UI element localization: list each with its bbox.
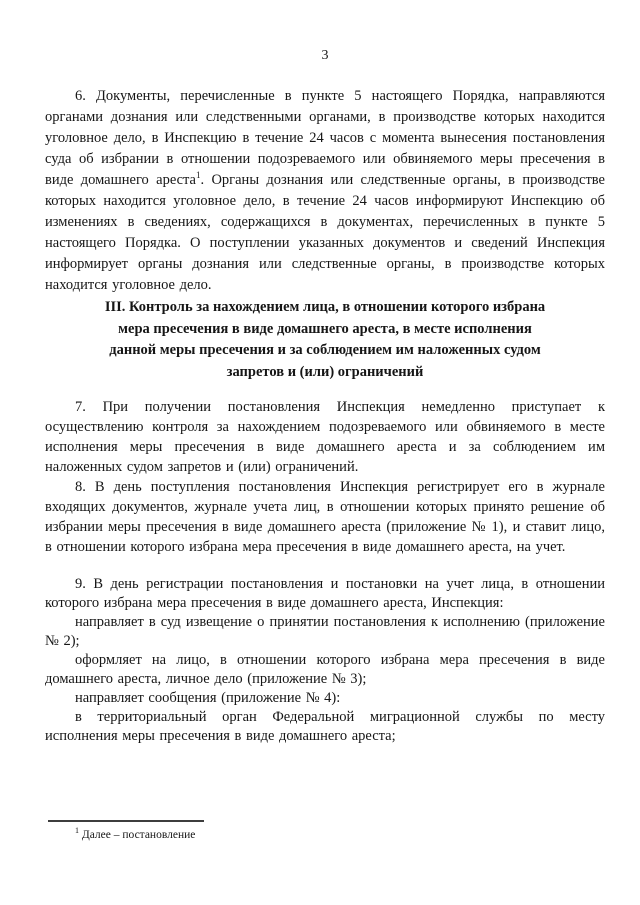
section-heading-line-1: III. Контроль за нахождением лица, в отн…	[45, 297, 605, 319]
paragraph-9-item-4: в территориальный орган Федеральной мигр…	[45, 708, 605, 746]
paragraph-8: 8. В день поступления постановления Инсп…	[45, 477, 605, 557]
paragraph-6: 6. Документы, перечисленные в пункте 5 н…	[45, 86, 605, 296]
document-page: 3 6. Документы, перечисленные в пункте 5…	[0, 0, 640, 905]
paragraph-6-text-after-ref: . Органы дознания или следственные орган…	[45, 172, 605, 293]
paragraph-9: 9. В день регистрации постановления и по…	[45, 575, 605, 613]
paragraph-7: 7. При получении постановления Инспекция…	[45, 397, 605, 477]
footnote: 1 Далее – постановление	[45, 828, 605, 843]
footnote-divider	[48, 820, 204, 822]
footnote-marker: 1	[75, 826, 79, 835]
section-heading-3: III. Контроль за нахождением лица, в отн…	[45, 297, 605, 383]
paragraph-9-item-2: оформляет на лицо, в отношении которого …	[45, 651, 605, 689]
section-heading-line-4: запретов и (или) ограничений	[45, 362, 605, 384]
section-heading-line-3: данной меры пресечения и за соблюдением …	[45, 340, 605, 362]
footnote-text: Далее – постановление	[82, 829, 196, 841]
section-heading-line-2: мера пресечения в виде домашнего ареста,…	[45, 319, 605, 341]
page-number: 3	[45, 48, 605, 64]
paragraph-9-item-3: направляет сообщения (приложение № 4):	[45, 689, 605, 708]
paragraph-9-item-1: направляет в суд извещение о принятии по…	[45, 613, 605, 651]
